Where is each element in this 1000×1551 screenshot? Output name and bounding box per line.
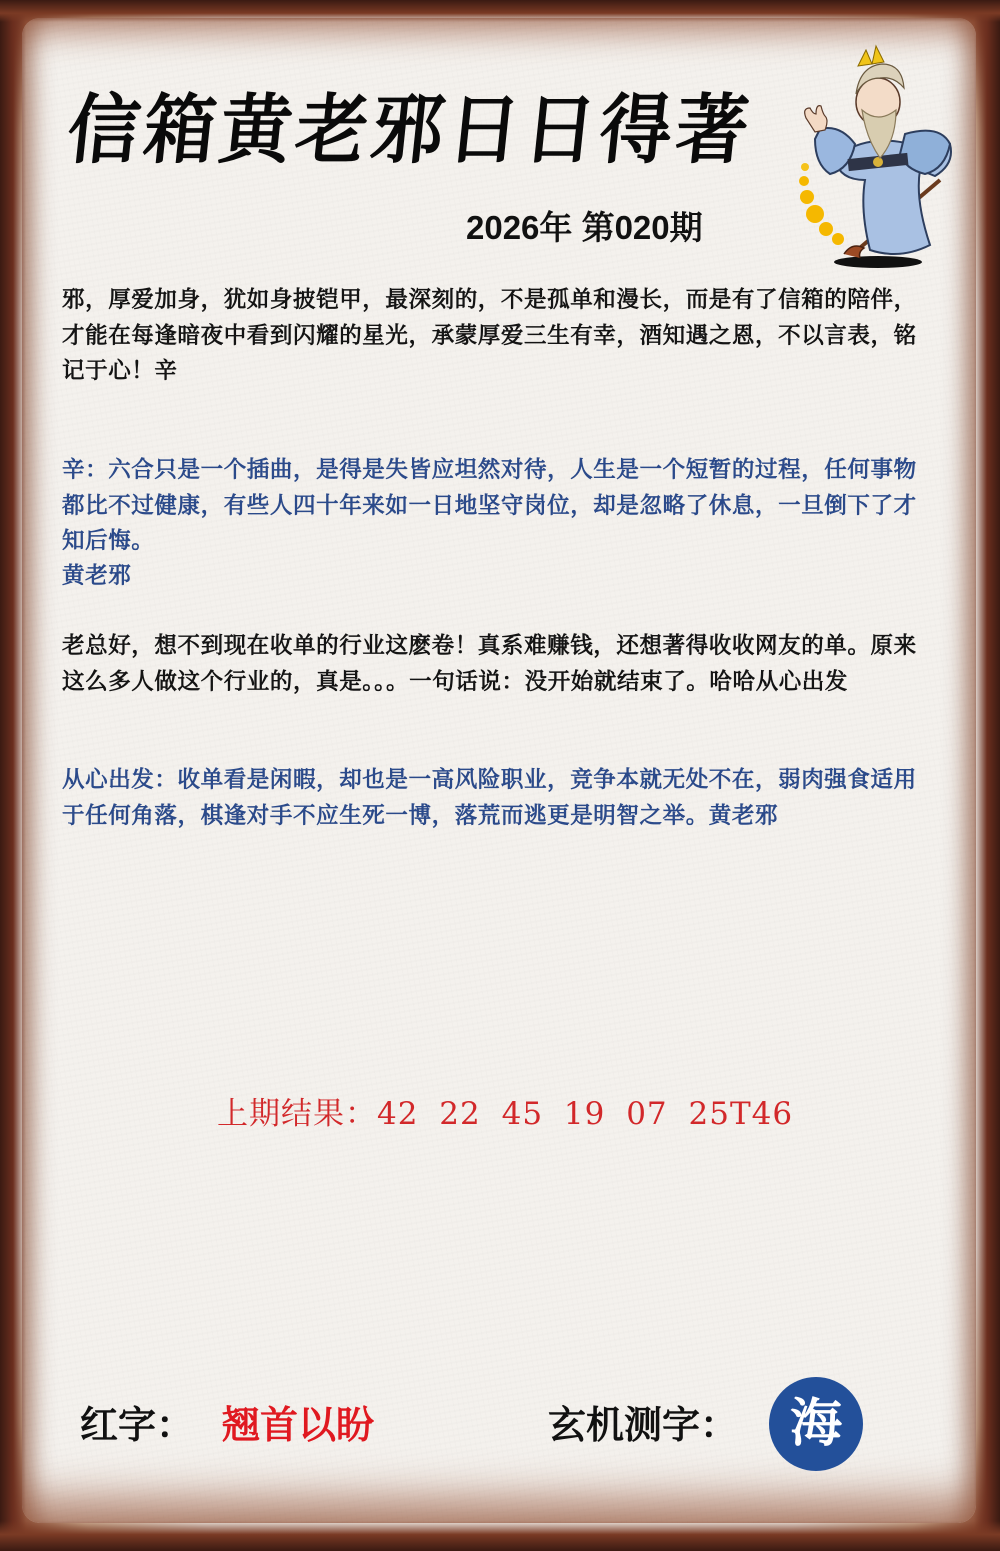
footer-row: 红字： 翘首以盼 玄机测字： 海 — [80, 1394, 880, 1454]
riddle-label: 玄机测字： — [548, 1394, 738, 1449]
red-text-value: 翘首以盼 — [222, 1394, 374, 1449]
previous-result-numbers: 42 22 45 19 07 25T46 — [377, 1096, 793, 1132]
previous-result: 上期结果：42 22 45 19 07 25T46 — [217, 1088, 793, 1133]
reader-letter-2: 老总好，想不到现在收单的行业这麽卷！真系难赚钱，还想著得收收网友的单。原来这么多… — [62, 629, 932, 700]
burnt-edge-top — [0, 0, 1000, 22]
issue-number: 2026年 第020期 — [466, 202, 703, 249]
previous-result-label: 上期结果： — [217, 1096, 377, 1132]
burnt-edge-left — [0, 0, 26, 1551]
riddle-character: 海 — [790, 1398, 842, 1450]
red-text-label: 红字： — [80, 1394, 194, 1449]
burnt-edge-bottom — [0, 1521, 1000, 1551]
reply-1: 辛：六合只是一个插曲，是得是失皆应坦然对待，人生是一个短暂的过程，任何事物都比不… — [62, 453, 932, 560]
reply-2: 从心出发：收单看是闲暇，却也是一高风险职业，竞争本就无处不在，弱肉强食适用于任何… — [62, 763, 932, 834]
riddle-badge: 海 — [769, 1377, 863, 1471]
burnt-edge-right — [974, 0, 1000, 1551]
page-title: 信箱黄老邪日日得著 — [64, 92, 756, 168]
reply-1-signature: 黄老邪 — [62, 559, 932, 595]
sage-character-icon — [780, 44, 970, 274]
reader-letter-1: 邪，厚爱加身，犹如身披铠甲，最深刻的，不是孤单和漫长，而是有了信箱的陪伴，才能在… — [62, 283, 932, 390]
